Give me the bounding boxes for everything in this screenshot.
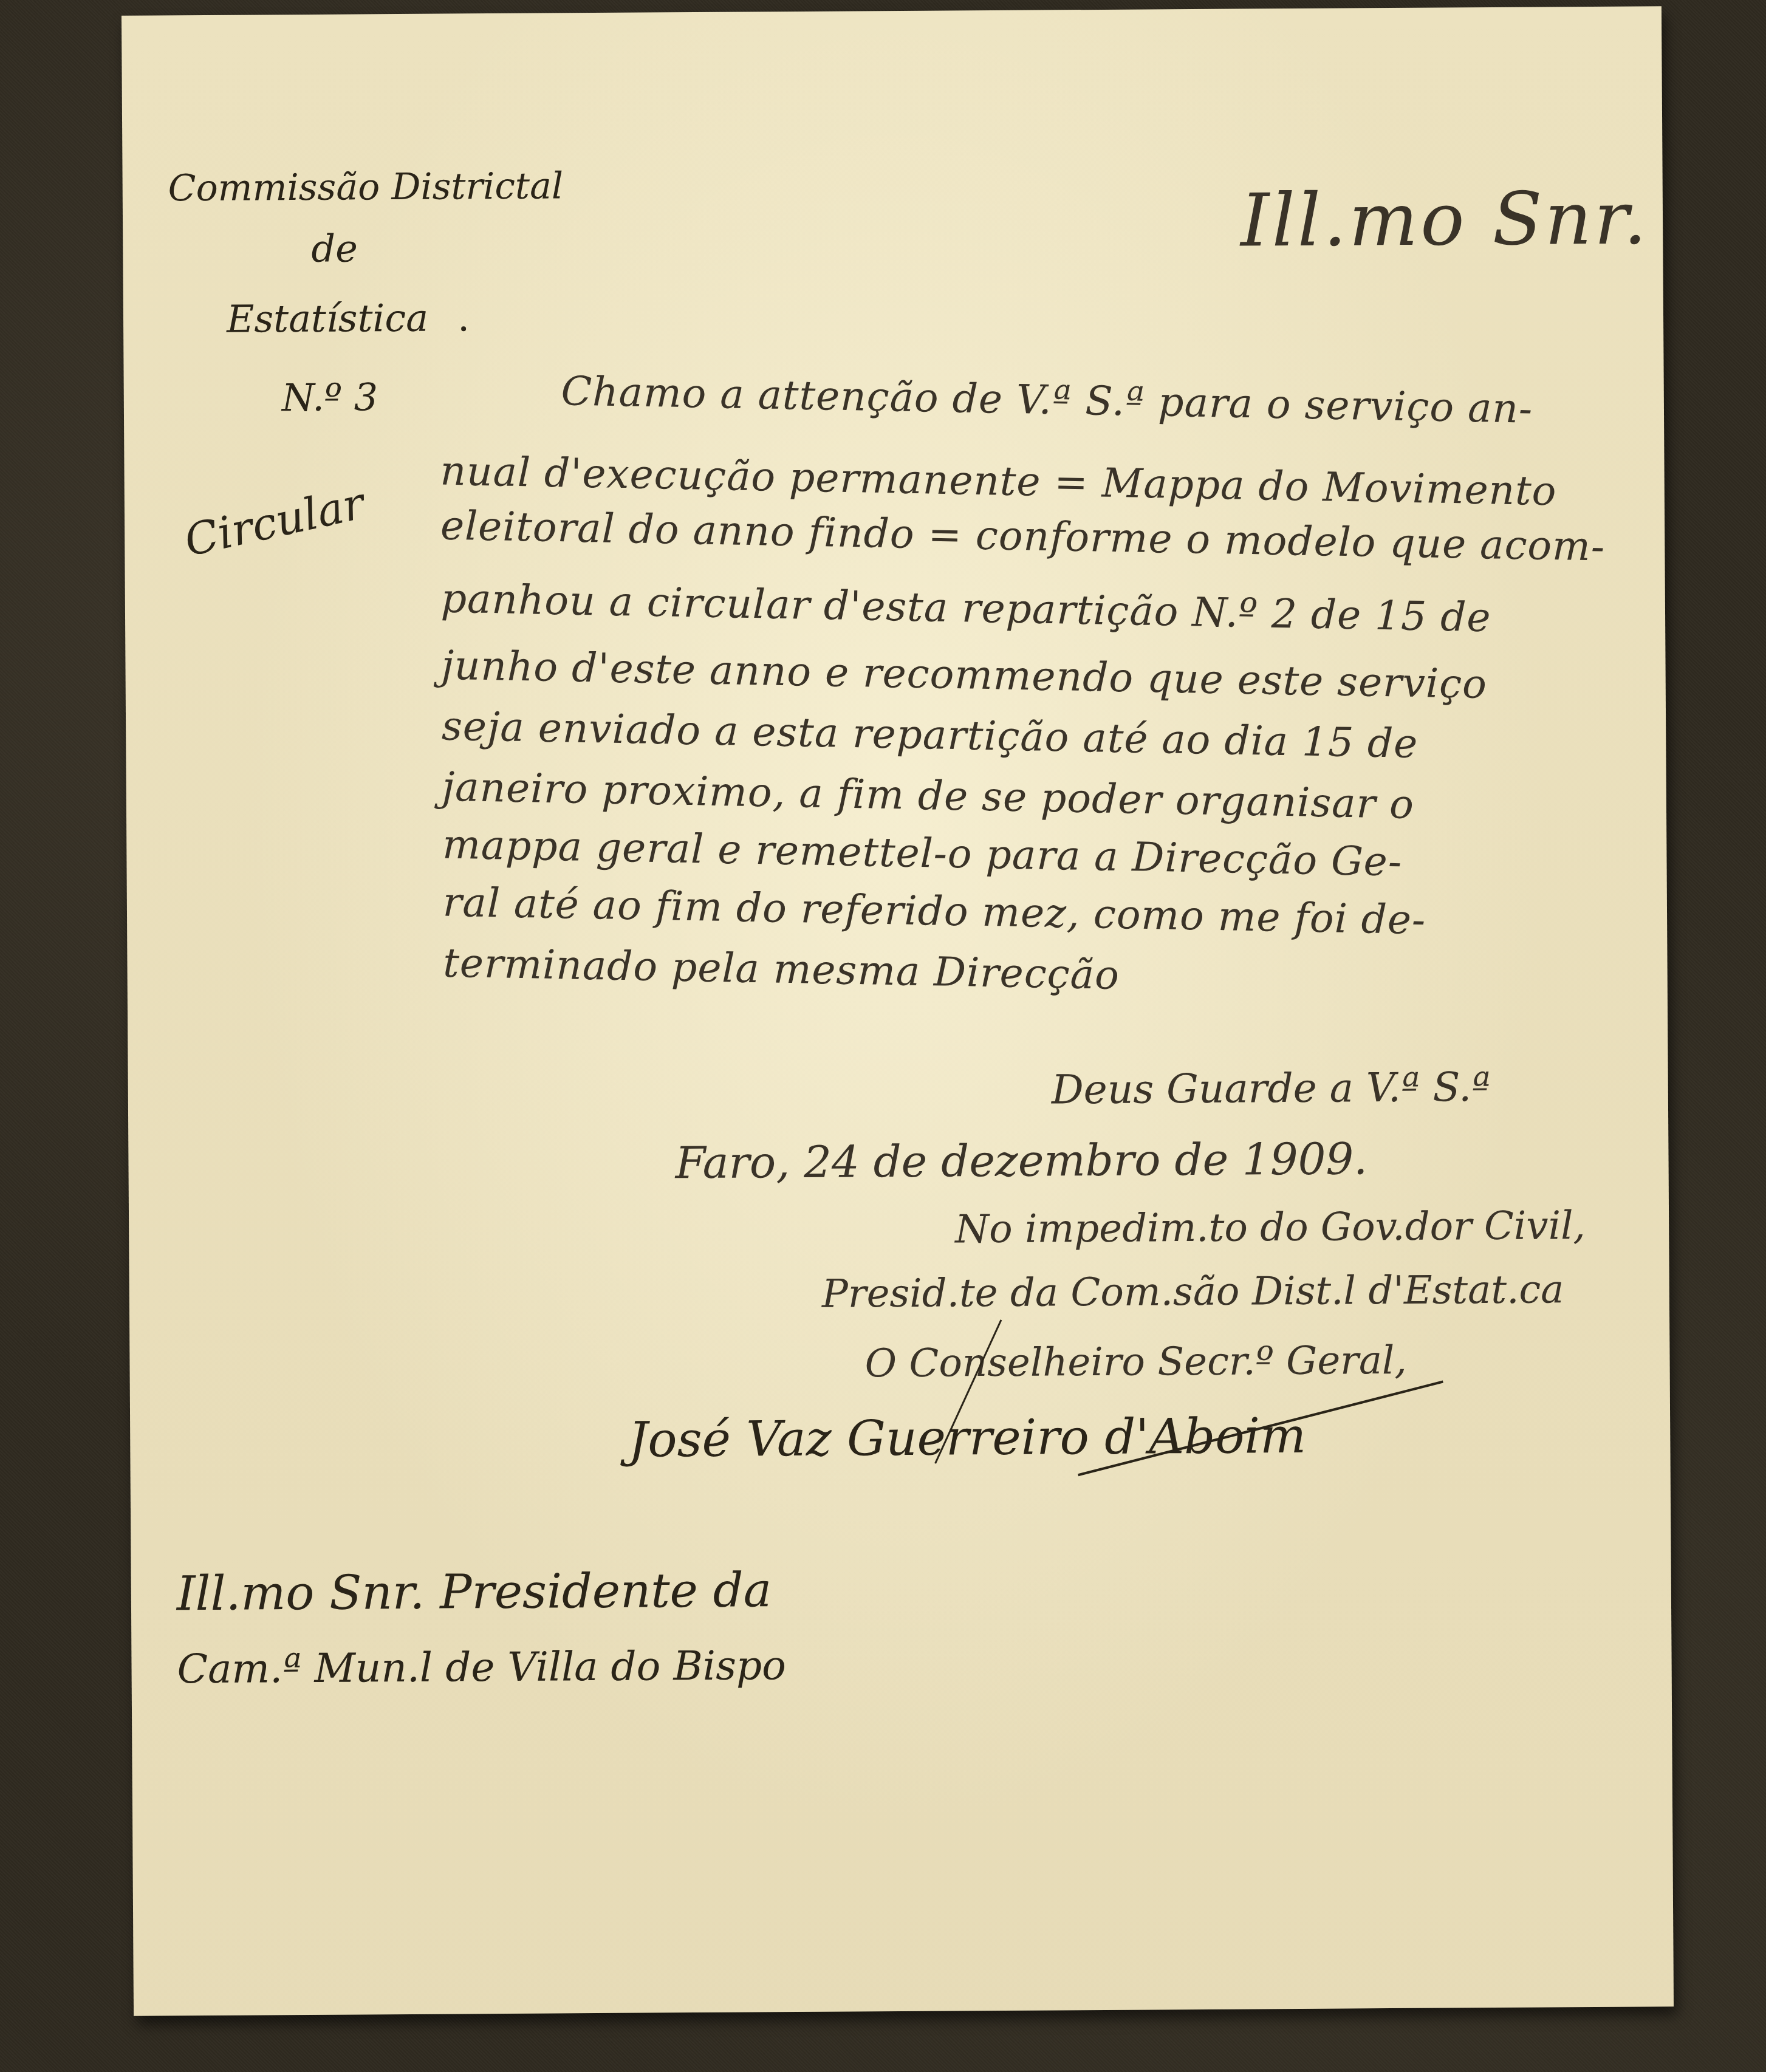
body-line: panhou a circular d'esta repartição N.º … — [440, 579, 1491, 638]
body-line: ral até ao fim do referido mez, como me … — [442, 883, 1426, 941]
margin-header-circular: Circular — [181, 481, 368, 562]
addressee-institution: Cam.ª Mun.l de Villa do Bispo — [177, 1646, 786, 1689]
salutation: Ill.mo Snr. — [1241, 182, 1649, 258]
body-line: nual d'execução permanente = Mappa do Mo… — [440, 451, 1557, 512]
addressee-title: Ill.mo Snr. Presidente da — [177, 1567, 772, 1618]
place-date-line: Faro, 24 de dezembro de 1909. — [675, 1137, 1367, 1185]
closing-formula: Deus Guarde a V.ª S.ª — [1052, 1067, 1491, 1110]
signature-title-line: O Conselheiro Secr.º Geral, — [864, 1341, 1407, 1383]
margin-header-de: de — [311, 230, 358, 267]
margin-header-number: N.º 3 — [282, 378, 378, 417]
body-line: janeiro proximo, a fim de se poder organ… — [442, 767, 1414, 825]
ink-dot — [461, 326, 466, 331]
body-line: seja enviado a esta repartição até ao di… — [442, 706, 1419, 764]
signature-title-line: No impedim.to do Gov.dor Civil, — [955, 1206, 1586, 1249]
body-line: eleitoral do anno findo = conforme o mod… — [440, 506, 1606, 567]
body-line: Chamo a attenção de V.ª S.ª para o servi… — [561, 371, 1533, 429]
letter-page: Commissão Districtal de Estatística N.º … — [121, 6, 1674, 2016]
signature-title-line: Presid.te da Com.são Dist.l d'Estat.ca — [822, 1270, 1564, 1313]
body-line: terminado pela mesma Direcção — [443, 943, 1120, 996]
margin-header-commission: Commissão Districtal — [168, 168, 564, 207]
signature: José Vaz Guerreiro d'Aboim — [628, 1412, 1306, 1465]
margin-header-statistics: Estatística — [227, 299, 428, 338]
body-line: junho d'este anno e recommendo que este … — [441, 646, 1487, 705]
body-line: mappa geral e remettel-o para a Direcção… — [442, 825, 1403, 883]
